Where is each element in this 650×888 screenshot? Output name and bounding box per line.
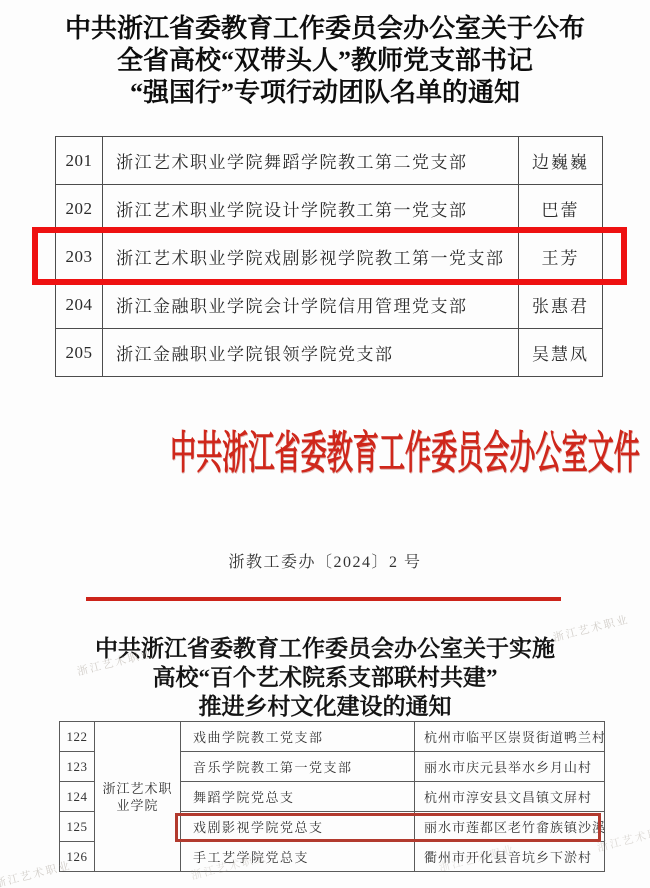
secretary-name-cell: 巴蕾: [519, 185, 603, 233]
row-number-cell: 205: [56, 329, 103, 377]
doc-number: 浙教工委办〔2024〕2 号: [0, 549, 650, 572]
row-number-cell: 122: [60, 722, 95, 752]
notice1-table-row: 204浙江金融职业学院会计学院信用管理党支部张惠君: [56, 281, 603, 329]
letterhead-title-text: 中共浙江省委教育工作委员会办公室文件: [170, 416, 640, 481]
notice1-table-row: 201浙江艺术职业学院舞蹈学院教工第二党支部边巍巍: [56, 137, 603, 185]
row-number-cell: 202: [56, 185, 103, 233]
notice2-table-body: 122浙江艺术职业学院戏曲学院教工党支部杭州市临平区崇贤街道鸭兰村123音乐学院…: [60, 722, 605, 872]
notice1-title-line1: 中共浙江省委教育工作委员会办公室关于公布: [0, 13, 650, 45]
secretary-name-cell: 边巍巍: [519, 137, 603, 185]
branch-name-cell: 浙江艺术职业学院舞蹈学院教工第二党支部: [103, 137, 519, 185]
branch-name-cell: 音乐学院教工第一党支部: [181, 752, 415, 782]
notice1-table-row: 202浙江艺术职业学院设计学院教工第一党支部巴蕾: [56, 185, 603, 233]
branch-name-cell: 浙江金融职业学院会计学院信用管理党支部: [103, 281, 519, 329]
secretary-name-cell: 张惠君: [519, 281, 603, 329]
highlight-box-row-125: [175, 813, 601, 842]
notice2-title-line3: 推进乡村文化建设的通知: [0, 692, 650, 721]
row-number-cell: 124: [60, 782, 95, 812]
notice2-table-row: 122浙江艺术职业学院戏曲学院教工党支部杭州市临平区崇贤街道鸭兰村: [60, 722, 605, 752]
school-name-cell: 浙江艺术职业学院: [95, 722, 181, 872]
branch-name-cell: 手工艺学院党总支: [181, 842, 415, 872]
notice1-title: 中共浙江省委教育工作委员会办公室关于公布 全省高校“双带头人”教师党支部书记 “…: [0, 13, 650, 109]
document-page: 中共浙江省委教育工作委员会办公室关于公布 全省高校“双带头人”教师党支部书记 “…: [0, 0, 650, 888]
notice2-title-line1: 中共浙江省委教育工作委员会办公室关于实施: [0, 634, 650, 663]
notice2-title-line2: 高校“百个艺术院系支部联村共建”: [0, 663, 650, 692]
village-name-cell: 杭州市临平区崇贤街道鸭兰村: [415, 722, 605, 752]
village-name-cell: 杭州市淳安县文昌镇文屏村: [415, 782, 605, 812]
village-name-cell: 衢州市开化县音坑乡下淤村: [415, 842, 605, 872]
branch-name-cell: 浙江金融职业学院银领学院党支部: [103, 329, 519, 377]
notice1-title-line3: “强国行”专项行动团队名单的通知: [0, 77, 650, 109]
letterhead-divider-line: [86, 597, 561, 601]
notice2-title: 中共浙江省委教育工作委员会办公室关于实施 高校“百个艺术院系支部联村共建” 推进…: [0, 634, 650, 721]
row-number-cell: 126: [60, 842, 95, 872]
notice1-table-row: 205浙江金融职业学院银领学院党支部吴慧凤: [56, 329, 603, 377]
branch-name-cell: 浙江艺术职业学院设计学院教工第一党支部: [103, 185, 519, 233]
letterhead-title: 中共浙江省委教育工作委员会办公室文件: [0, 416, 650, 481]
branch-name-cell: 舞蹈学院党总支: [181, 782, 415, 812]
village-name-cell: 丽水市庆元县举水乡月山村: [415, 752, 605, 782]
row-number-cell: 123: [60, 752, 95, 782]
row-number-cell: 125: [60, 812, 95, 842]
row-number-cell: 204: [56, 281, 103, 329]
notice2-table: 122浙江艺术职业学院戏曲学院教工党支部杭州市临平区崇贤街道鸭兰村123音乐学院…: [59, 721, 605, 872]
row-number-cell: 201: [56, 137, 103, 185]
highlight-box-row-203: [32, 227, 627, 285]
notice1-title-line2: 全省高校“双带头人”教师党支部书记: [0, 45, 650, 77]
secretary-name-cell: 吴慧凤: [519, 329, 603, 377]
branch-name-cell: 戏曲学院教工党支部: [181, 722, 415, 752]
